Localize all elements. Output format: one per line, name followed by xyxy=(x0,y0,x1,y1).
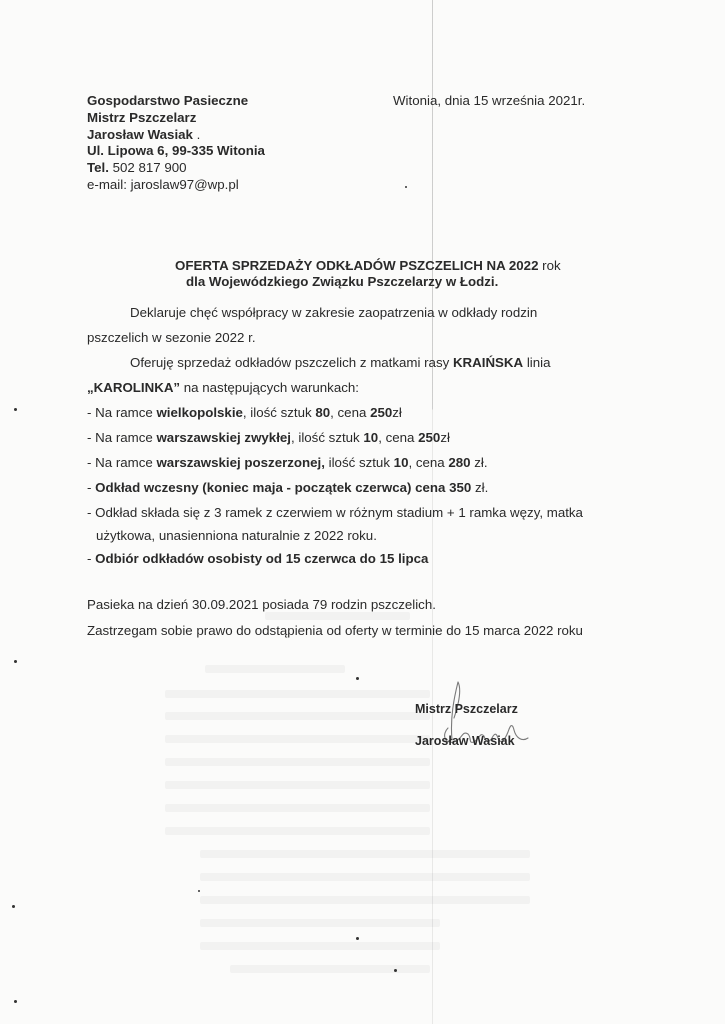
place-and-date: Witonia, dnia 15 września 2021r. xyxy=(393,93,585,108)
show-through-mark xyxy=(200,942,440,950)
show-through-mark xyxy=(200,896,530,904)
apiary-status: Pasieka na dzień 30.09.2021 posiada 79 r… xyxy=(87,597,436,612)
scan-speck xyxy=(14,1000,17,1003)
list-item-early-nuc: - Odkład wczesny (koniec maja - początek… xyxy=(87,480,488,495)
scan-speck xyxy=(14,660,17,663)
show-through-mark xyxy=(265,612,410,620)
signature-name: Jarosław Wasiak xyxy=(415,734,515,748)
show-through-mark xyxy=(200,919,440,927)
scanned-letter-page: Gospodarstwo Pasieczne Mistrz Pszczelarz… xyxy=(0,0,725,1024)
show-through-mark xyxy=(165,712,430,720)
scan-speck xyxy=(198,890,200,892)
list-item-composition-line-2: użytkowa, unasienniona naturalnie z 2022… xyxy=(96,528,377,543)
list-item-wielkopolskie: - Na ramce wielkopolskie, ilość sztuk 80… xyxy=(87,405,402,420)
sender-address: Ul. Lipowa 6, 99-335 Witonia xyxy=(87,143,265,160)
show-through-mark xyxy=(205,665,345,673)
show-through-mark xyxy=(165,804,430,812)
scan-speck xyxy=(356,937,359,940)
sender-farm-name: Gospodarstwo Pasieczne xyxy=(87,93,265,110)
show-through-mark xyxy=(165,690,430,698)
sender-email: e-mail: jaroslaw97@wp.pl xyxy=(87,177,265,194)
scan-speck xyxy=(394,969,397,972)
show-through-mark xyxy=(200,873,530,881)
list-item-composition-line-1: - Odkład składa się z 3 ramek z czerwiem… xyxy=(87,505,583,520)
scan-speck xyxy=(12,905,15,908)
offer-line-2: „KAROLINKA” na następujących warunkach: xyxy=(87,380,359,395)
sender-title: Mistrz Pszczelarz xyxy=(87,110,265,127)
list-item-pickup: - Odbiór odkładów osobisty od 15 czerwca… xyxy=(87,551,428,566)
signature-title: Mistrz Pszczelarz xyxy=(415,702,518,716)
scan-speck xyxy=(356,677,359,680)
declaration-line-1: Deklaruje chęć współpracy w zakresie zao… xyxy=(130,305,537,320)
title-line-1: OFERTA SPRZEDAŻY ODKŁADÓW PSZCZELICH NA … xyxy=(175,258,561,273)
sender-phone: Tel. 502 817 900 xyxy=(87,160,265,177)
declaration-line-2: pszczelich w sezonie 2022 r. xyxy=(87,330,256,345)
show-through-mark xyxy=(230,965,430,973)
offer-line-1: Oferuję sprzedaż odkładów pszczelich z m… xyxy=(130,355,551,370)
show-through-mark xyxy=(200,850,530,858)
sender-address-block: Gospodarstwo Pasieczne Mistrz Pszczelarz… xyxy=(87,93,265,194)
document-title: OFERTA SPRZEDAŻY ODKŁADÓW PSZCZELICH NA … xyxy=(175,258,561,290)
list-item-warszawska-zwykla: - Na ramce warszawskiej zwykłej, ilość s… xyxy=(87,430,450,445)
withdrawal-reservation: Zastrzegam sobie prawo do odstąpienia od… xyxy=(87,623,583,638)
sender-name: Jarosław Wasiak . xyxy=(87,127,265,144)
list-item-warszawska-poszerzona: - Na ramce warszawskiej poszerzonej, ilo… xyxy=(87,455,488,470)
scan-speck xyxy=(14,408,17,411)
show-through-mark xyxy=(165,758,430,766)
show-through-mark xyxy=(165,781,430,789)
show-through-mark xyxy=(165,827,430,835)
show-through-mark xyxy=(165,735,430,743)
scan-speck xyxy=(405,186,407,188)
title-line-2: dla Wojewódzkiego Związku Pszczelarzy w … xyxy=(175,274,561,290)
